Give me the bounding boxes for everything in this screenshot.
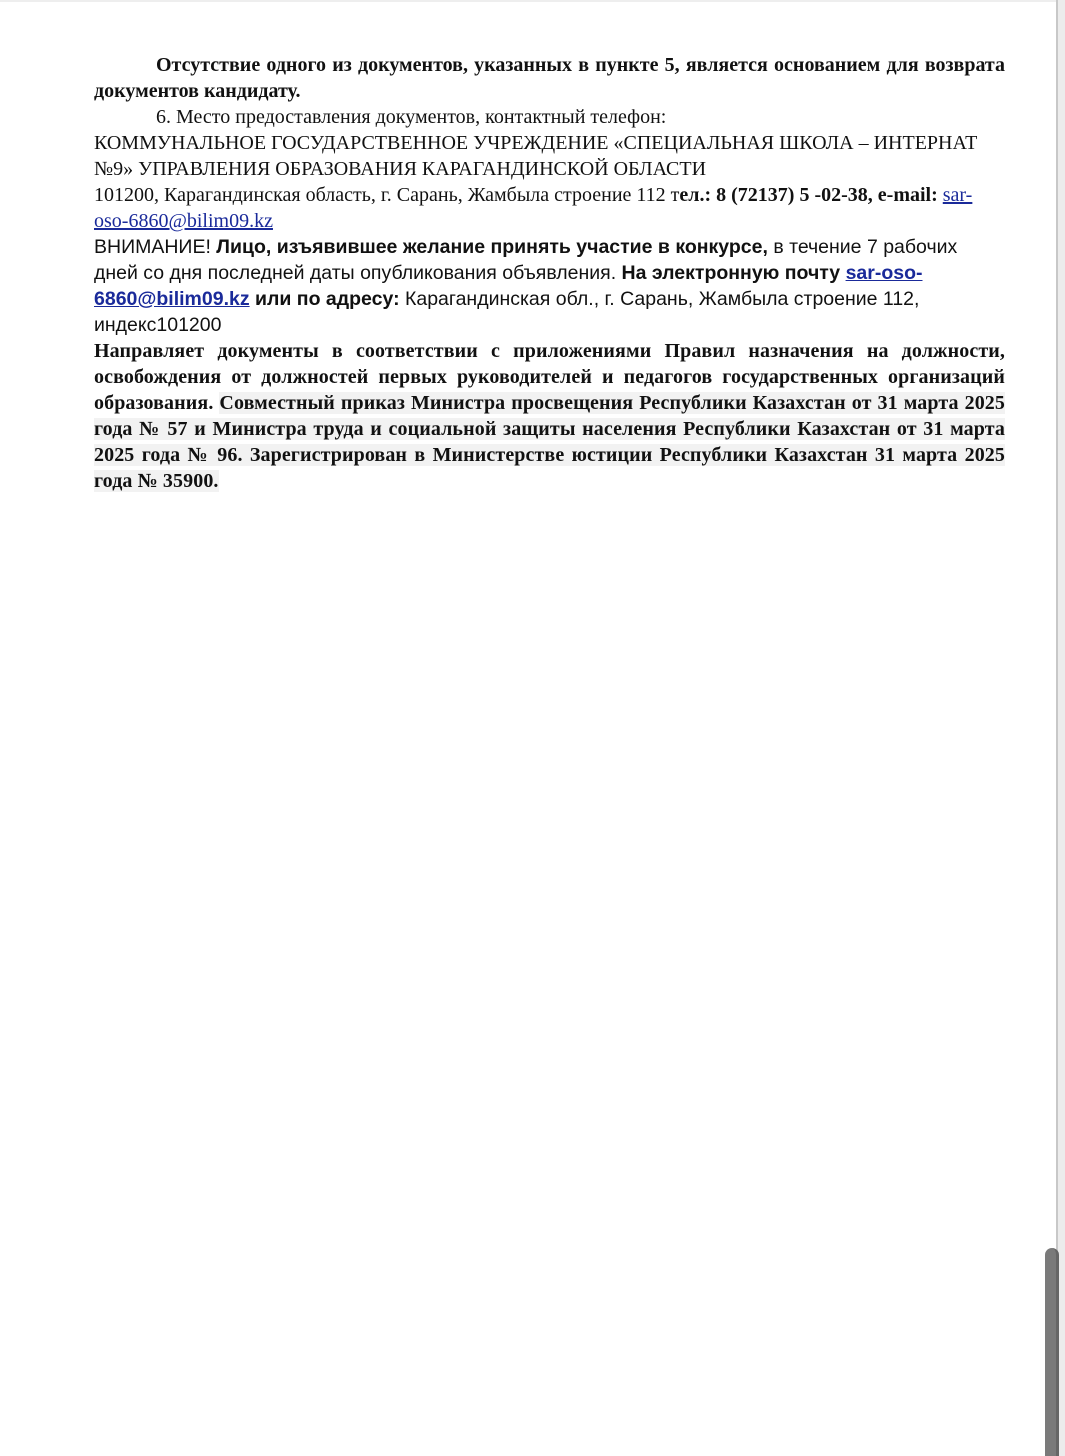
scrollbar-track[interactable] (1058, 0, 1065, 1456)
missing-documents-text: Отсутствие одного из документов, указанн… (94, 54, 1005, 102)
top-border (0, 0, 1057, 2)
joint-order-text: Совместный приказ Министра просвещения Р… (94, 392, 1005, 492)
attention-label: ВНИМАНИЕ! (94, 236, 216, 258)
regulation-paragraph: Направляет документы в соответствии с пр… (94, 338, 1005, 494)
section-6-heading: 6. Место предоставления документов, конт… (94, 104, 1005, 130)
email-label: На электронную почту (622, 262, 846, 284)
document-page: Отсутствие одного из документов, указанн… (94, 52, 1005, 494)
contact-address: 101200, Карагандинская область, г. Саран… (94, 182, 1005, 234)
organization-name: КОММУНАЛЬНОЕ ГОСУДАРСТВЕННОЕ УЧРЕЖДЕНИЕ … (94, 130, 1005, 182)
address-label: или по адресу: (250, 288, 400, 310)
scrollbar-thumb[interactable] (1045, 1248, 1059, 1456)
applicant-text: Лицо, изъявившее желание принять участие… (216, 236, 768, 258)
address-text: 101200, Карагандинская область, г. Саран… (94, 184, 679, 206)
attention-paragraph: ВНИМАНИЕ! Лицо, изъявившее желание приня… (94, 234, 1005, 338)
phone-text: ел.: 8 (72137) 5 -02-38, e-mail: (679, 184, 942, 206)
paragraph-missing-documents: Отсутствие одного из документов, указанн… (94, 52, 1005, 104)
